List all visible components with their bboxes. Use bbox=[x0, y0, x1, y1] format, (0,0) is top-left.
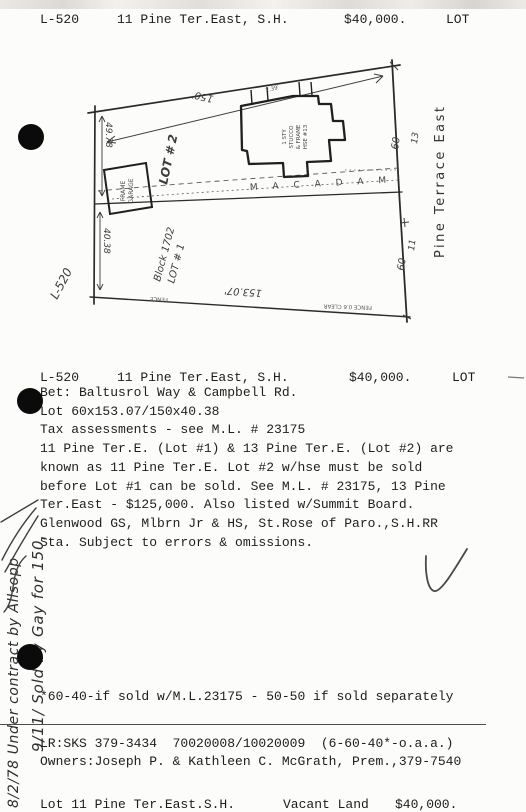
scanned-listing-card: { "header": { "id": "L-520", "address": … bbox=[0, 0, 526, 812]
listing-type: LOT bbox=[452, 370, 475, 385]
bottom-land: Vacant Land bbox=[283, 797, 369, 812]
scan-edge-artifact bbox=[0, 0, 526, 9]
margin-note-under-contract: 8/2/78 Under contract by Allsopp bbox=[6, 557, 22, 808]
lot1-label: LOT # 1 bbox=[166, 243, 187, 285]
listing-line: Lot 60x153.07/150x40.38 bbox=[40, 403, 500, 422]
house-footprint bbox=[241, 96, 345, 177]
listing-price: $40,000. bbox=[349, 370, 411, 385]
margin-note-sold: 9/11/ Sold by Gay for 150, bbox=[29, 534, 47, 752]
dim-left-lot1: 40.38 bbox=[101, 228, 111, 254]
listing-line: Tax assessments - see M.L. # 23175 bbox=[40, 421, 500, 440]
owners-line: Owners:Joseph P. & Kathleen C. McGrath, … bbox=[40, 754, 461, 769]
dim-top: 150' bbox=[191, 88, 215, 104]
lot2-label: LOT # 2 bbox=[156, 133, 180, 185]
garage-label: FRAME GARAGE bbox=[120, 178, 135, 203]
listing-line: Sta. Subject to errors & omissions. bbox=[40, 534, 500, 553]
top-dimension-line bbox=[107, 74, 383, 143]
lot-division-line bbox=[95, 192, 402, 204]
house-label-line: 1 STY bbox=[282, 129, 288, 145]
pen-checkmark bbox=[426, 549, 467, 591]
dim-front-lot1: 60 bbox=[396, 257, 409, 271]
divider-rule bbox=[0, 724, 486, 725]
map-labels: Pine Terrace East M A C A D A M LOT # 2 … bbox=[47, 85, 448, 310]
listing-body: Bet: Baltusrol Way & Campbell Rd. Lot 60… bbox=[40, 384, 500, 552]
road-surface-label: M A C A D A M bbox=[250, 176, 393, 193]
macadam-drive bbox=[98, 168, 398, 199]
fence-note-right: FENCE 0.6 CLEAR bbox=[323, 302, 372, 310]
sheet-ref-handwritten: L-520 bbox=[47, 265, 75, 301]
margin-note-text: 8/2/78 Under contract by bbox=[6, 612, 22, 808]
house-no-lot1: 11 bbox=[407, 239, 418, 252]
listing-line: known as 11 Pine Ter.E. Lot #2 w/hse mus… bbox=[40, 459, 500, 478]
listing-line: Ter.East - $125,000. Also listed w/Summi… bbox=[40, 496, 500, 515]
top-header-id: L-520 bbox=[40, 12, 79, 27]
house-label-line: & FRAME bbox=[296, 124, 302, 149]
listing-line: Bet: Baltusrol Way & Campbell Rd. bbox=[40, 384, 500, 403]
fence-note-left: FENCE bbox=[149, 295, 168, 302]
listing-line: Glenwood GS, Mlbrn Jr & HS, St.Rose of P… bbox=[40, 515, 500, 534]
street-name-label: Pine Terrace East bbox=[433, 104, 448, 258]
dim-left-lot2: 49.78 bbox=[103, 122, 113, 148]
listing-line: 11 Pine Ter.E. (Lot #1) & 13 Pine Ter.E.… bbox=[40, 440, 500, 459]
lot1-block-label: Block 1702 bbox=[152, 226, 177, 283]
footnote: *60-40-if sold w/M.L.23175 - 50-50 if so… bbox=[40, 689, 453, 704]
scan-stray-mark bbox=[508, 377, 524, 378]
house-label: 1 STY STUCCO & FRAME HSE #13 bbox=[282, 124, 309, 149]
garage-label-line: FRAME bbox=[120, 181, 127, 202]
frontage-ticks bbox=[390, 62, 411, 319]
top-header-address: 11 Pine Ter.East, S.H. bbox=[117, 12, 289, 27]
listing-id: L-520 bbox=[40, 370, 79, 385]
house-label-line: HSE #13 bbox=[303, 124, 309, 149]
left-dimension-ticks bbox=[97, 116, 105, 290]
lot-boundary bbox=[88, 60, 410, 322]
house-label-line: STUCCO bbox=[289, 125, 295, 149]
top-header-type: LOT bbox=[446, 12, 469, 27]
house-no-lot2: 13 bbox=[410, 131, 422, 144]
margin-note-struck-agent: Allsopp bbox=[6, 557, 22, 612]
dim-house-offset: 2.39' bbox=[265, 85, 280, 94]
listing-line: before Lot #1 can be sold. See M.L. # 23… bbox=[40, 478, 500, 497]
bottom-price: $40,000. bbox=[395, 797, 457, 812]
dim-front-lot2: 60 bbox=[390, 136, 403, 150]
lot1-labels: Block 1702 LOT # 1 bbox=[152, 226, 191, 286]
top-header-price: $40,000. bbox=[344, 12, 406, 27]
garage-label-line: GARAGE bbox=[128, 178, 135, 203]
dim-bottom: 153.07' bbox=[224, 284, 262, 298]
garage-footprint bbox=[104, 163, 152, 214]
broker-line: LR:SKS 379-3434 70020008/10020009 (6-60-… bbox=[40, 736, 453, 751]
bottom-lot: Lot 11 Pine Ter.East.S.H. bbox=[40, 797, 235, 812]
hole-punch bbox=[18, 124, 44, 150]
listing-address: 11 Pine Ter.East, S.H. bbox=[117, 370, 289, 385]
house-porch-marks bbox=[251, 82, 312, 104]
